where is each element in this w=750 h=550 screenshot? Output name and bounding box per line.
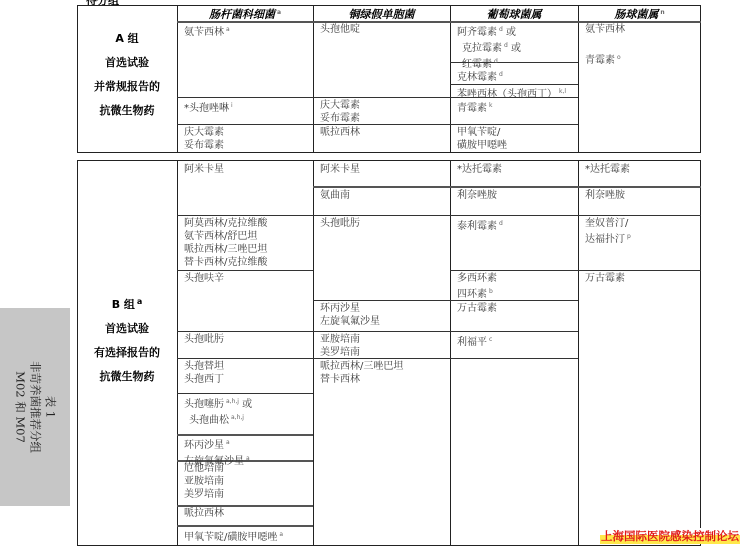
table-side-label: 表 1 非苛养菌推荐分组 M02 和 M07: [0, 308, 70, 506]
group-b-name: B 组a: [77, 290, 177, 317]
drug-cell: 万古霉素: [450, 300, 497, 315]
group-a-line: 首选试验: [77, 51, 177, 75]
column-header-enterobacteriaceae: 肠杆菌科细菌a: [177, 6, 313, 22]
table-title: 非苛养菌推荐分组: [28, 361, 43, 453]
drug-cell: 环丙沙星左旋氧氟沙星: [313, 300, 380, 328]
drug-cell: 厄他培南亚胺培南美罗培南: [177, 460, 224, 501]
group-b-label: B 组a 首选试验 有选择报告的 抗微生物药: [77, 290, 177, 389]
drug-cell: *头孢唑啉i: [177, 97, 233, 115]
drug-cell: 氨苄西林: [578, 21, 625, 36]
drug-cell: 亚胺培南美罗培南: [313, 331, 360, 359]
column-header-staphylococcus: 葡萄球菌属: [450, 6, 578, 22]
drug-cell: 庆大霉素妥布霉素: [177, 124, 224, 152]
drug-cell: 头孢他啶: [313, 21, 360, 36]
drug-cell: 哌拉西林: [177, 505, 224, 520]
drug-cell: 青霉素k: [450, 97, 492, 115]
divider: [450, 358, 578, 359]
drug-cell: 阿米卡星: [177, 161, 224, 176]
drug-cell: 阿米卡星: [313, 161, 360, 176]
group-a-line: 并常规报告的: [77, 75, 177, 99]
drug-cell: *达托霉素: [450, 161, 502, 176]
group-a-name: A 组: [77, 27, 177, 51]
drug-cell: 多西环素 四环素b: [450, 270, 497, 301]
drug-cell: 头孢噻肟a,h,j 或 头孢曲松a,h,j: [177, 393, 252, 427]
drug-cell: 哌拉西林: [313, 124, 360, 139]
drug-cell: 万古霉素: [578, 270, 625, 285]
drug-cell: 利奈唑胺: [578, 187, 625, 202]
group-b-line: 首选试验: [77, 317, 177, 341]
drug-cell: 庆大霉素妥布霉素: [313, 97, 360, 125]
forum-watermark: 上海国际医院感染控制论坛: [600, 528, 740, 544]
table-caption: 表 1 非苛养菌推荐分组 M02 和 M07: [13, 361, 58, 453]
group-b-line: 有选择报告的: [77, 341, 177, 365]
column-header-enterococcus: 肠球菌属n: [578, 6, 701, 22]
table-number: 表 1: [43, 361, 58, 453]
drug-cell: 青霉素o: [578, 49, 621, 67]
drug-cell: 利奈唑胺: [450, 187, 497, 202]
group-b-line: 抗微生物药: [77, 365, 177, 389]
drug-cell: 阿莫西林/克拉维酸氨苄西林/舒巴坦 哌拉西林/三唑巴坦替卡西林/克拉维酸: [177, 215, 267, 269]
drug-cell: 氨苄西林a: [177, 21, 230, 39]
drug-cell: 头孢吡肟: [177, 331, 224, 346]
drug-cell: 头孢替坦头孢西丁: [177, 358, 224, 386]
drug-cell: 头孢呋辛: [177, 270, 224, 285]
drug-cell: 泰利霉素d: [450, 215, 503, 233]
drug-cell: 哌拉西林/三唑巴坦替卡西林: [313, 358, 403, 386]
drug-cell: 利福平c: [450, 331, 492, 349]
group-a-label: A 组 首选试验 并常规报告的 抗微生物药: [77, 27, 177, 123]
column-header-pseudomonas: 铜绿假单胞菌: [313, 6, 450, 22]
drug-cell: 克林霉素d: [450, 66, 503, 84]
drug-cell: 氨曲南: [313, 187, 350, 202]
table-subtitle: M02 和 M07: [13, 361, 28, 453]
drug-cell: 甲氧苄啶/磺胺甲噁唑: [450, 124, 507, 152]
drug-cell: 甲氧苄啶/磺胺甲噁唑a: [177, 526, 283, 544]
drug-cell: *达托霉素: [578, 161, 630, 176]
drug-cell: 头孢吡肟: [313, 215, 360, 230]
drug-cell: 阿齐霉素d 或 克拉霉素d 或 红霉素d: [450, 21, 521, 71]
drug-cell: 奎奴普汀/ 达福扑汀p: [578, 215, 631, 246]
group-a-line: 抗微生物药: [77, 99, 177, 123]
